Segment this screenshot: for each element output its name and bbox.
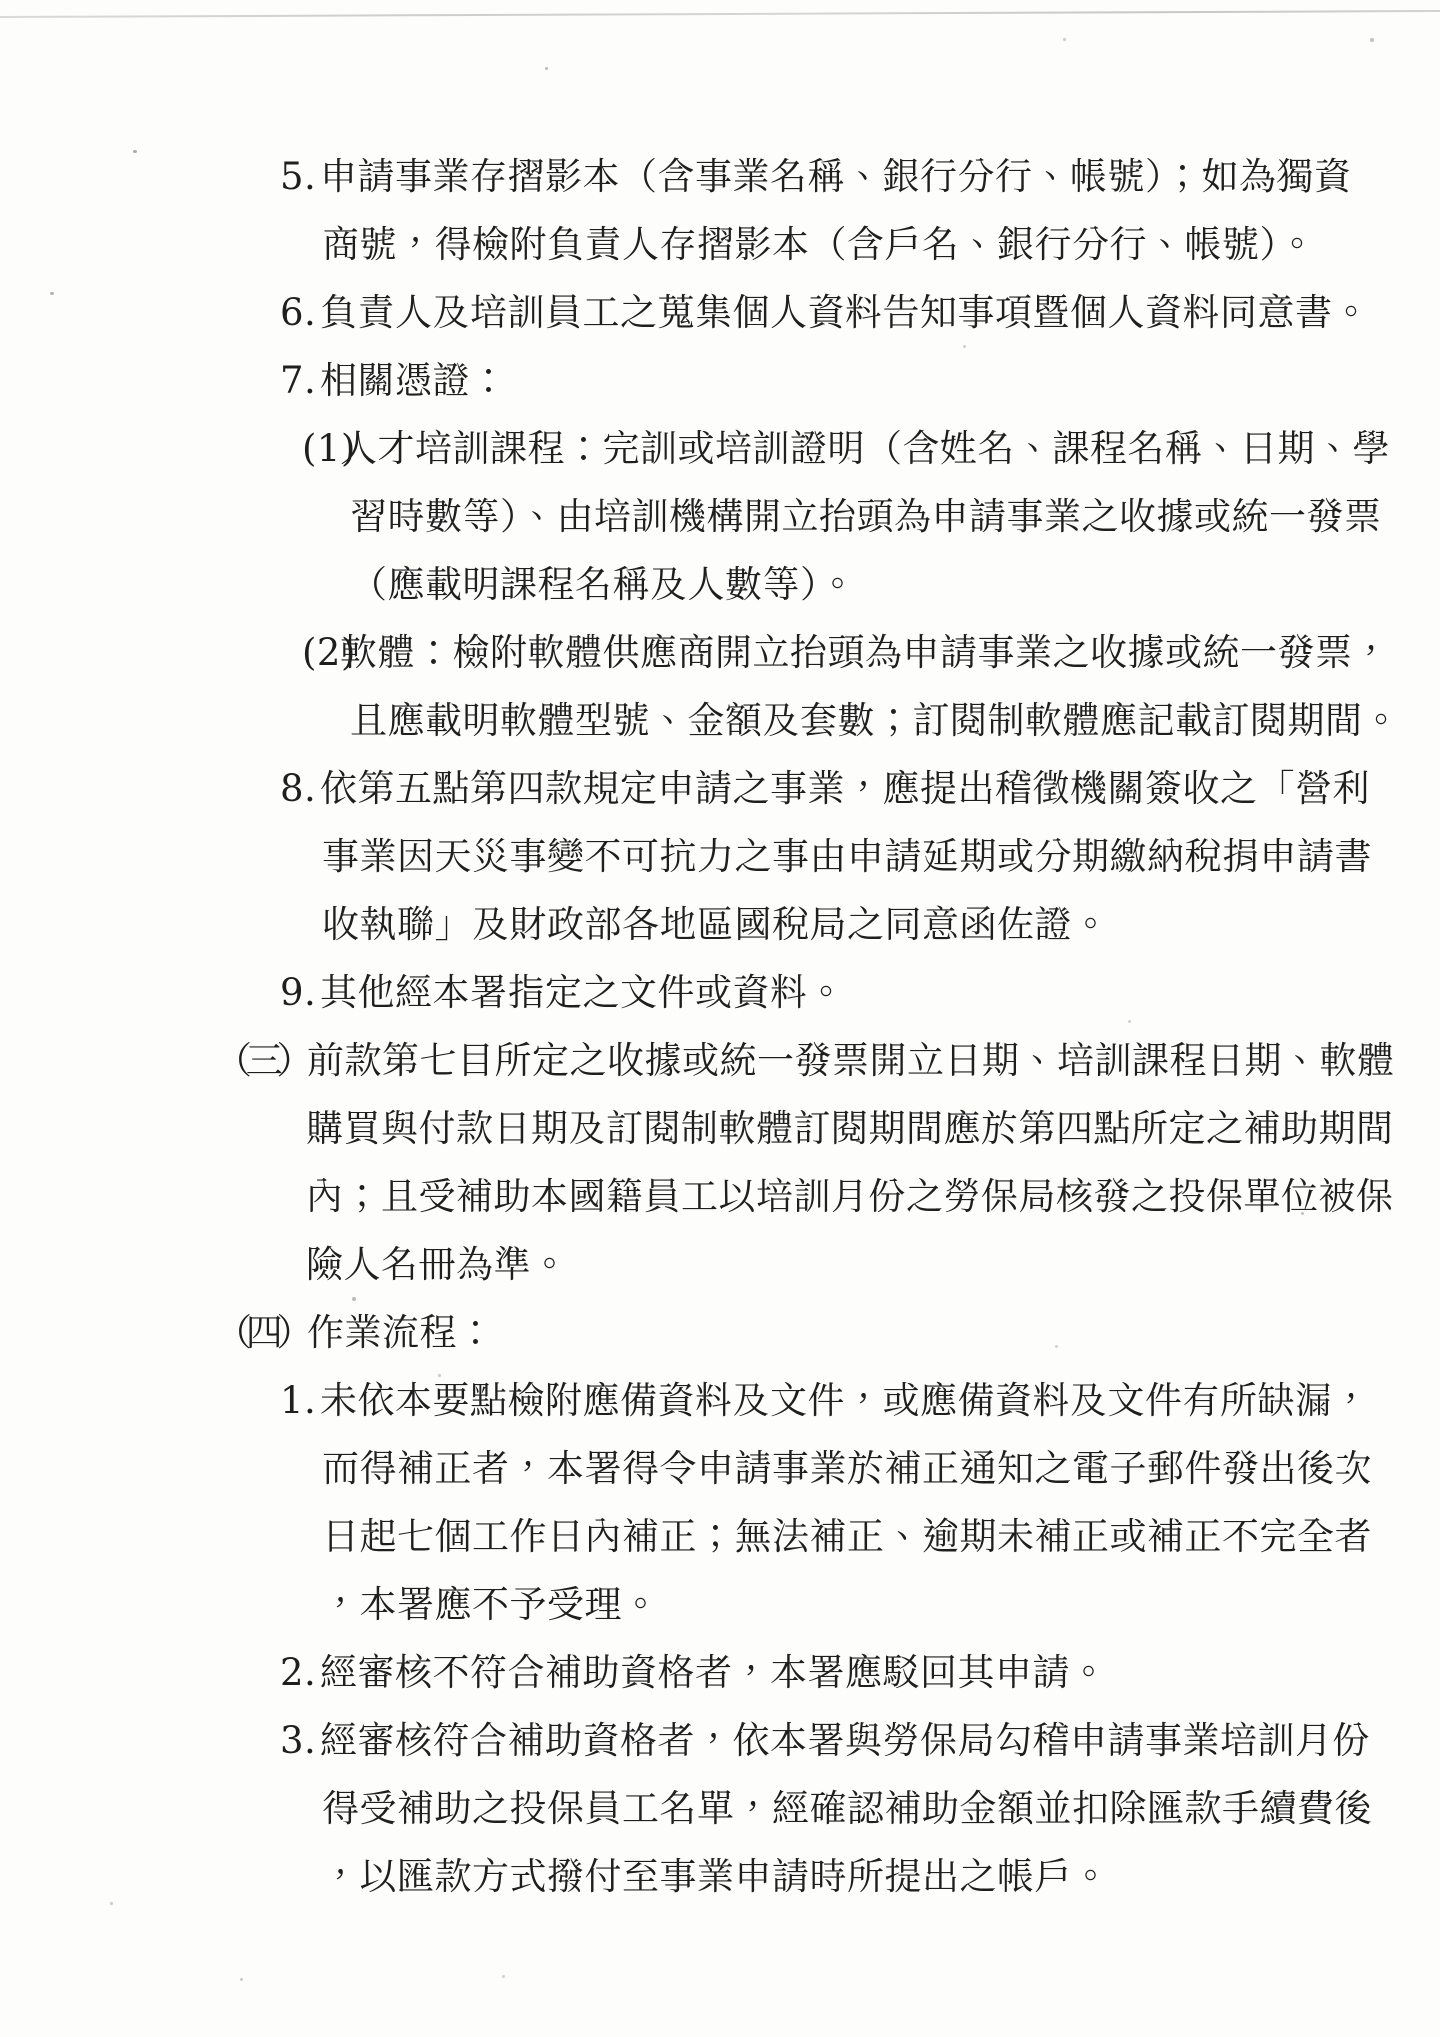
- document-body: 5.申請事業存摺影本（含事業名稱、銀行分行、帳號）；如為獨資 商號，得檢附負責人…: [0, 143, 1440, 1911]
- line-marker: 1.: [280, 1367, 320, 1435]
- doc-line: (2)軟體：檢附軟體供應商開立抬頭為申請事業之收據或統一發票，: [0, 619, 1440, 687]
- doc-line: 7.相關憑證：: [0, 347, 1440, 415]
- scan-speckle: [1370, 38, 1374, 42]
- doc-line: 2.經審核不符合補助資格者，本署應駁回其申請。: [0, 1639, 1440, 1707]
- doc-line: （三）前款第七目所定之收據或統一發票開立日期、培訓課程日期、軟體: [0, 1027, 1440, 1095]
- doc-line: (1)人才培訓課程：完訓或培訓證明（含姓名、課程名稱、日期、學: [0, 415, 1440, 483]
- line-marker: （四）: [215, 1299, 307, 1367]
- doc-line: 而得補正者，本署得令申請事業於補正通知之電子郵件發出後次: [0, 1435, 1440, 1503]
- line-text: 人才培訓課程：完訓或培訓證明（含姓名、課程名稱、日期、學: [340, 427, 1390, 470]
- line-text: （應載明課程名稱及人數等）。: [350, 563, 857, 606]
- doc-line: 購買與付款日期及訂閱制軟體訂閱期間應於第四點所定之補助期間: [0, 1095, 1440, 1163]
- line-text: 購買與付款日期及訂閱制軟體訂閱期間應於第四點所定之補助期間: [306, 1107, 1394, 1150]
- doc-line: 6.負責人及培訓員工之蒐集個人資料告知事項暨個人資料同意書。: [0, 279, 1440, 347]
- scan-artifact-line: [0, 10, 1440, 18]
- doc-line: 得受補助之投保員工名單，經確認補助金額並扣除匯款手續費後: [0, 1775, 1440, 1843]
- doc-line: 1.未依本要點檢附應備資料及文件，或應備資料及文件有所缺漏，: [0, 1367, 1440, 1435]
- scan-speckle: [50, 292, 54, 295]
- line-marker: 2.: [280, 1639, 320, 1707]
- line-marker: 6.: [280, 279, 320, 347]
- doc-line: 險人名冊為準。: [0, 1231, 1440, 1299]
- line-text: 得受補助之投保員工名單，經確認補助金額並扣除匯款手續費後: [322, 1787, 1372, 1830]
- line-text: 且應載明軟體型號、金額及套數；訂閱制軟體應記載訂閱期間。: [350, 699, 1400, 742]
- line-marker: 8.: [280, 755, 320, 823]
- doc-line: ，以匯款方式撥付至事業申請時所提出之帳戶。: [0, 1843, 1440, 1911]
- line-text: 經審核符合補助資格者，依本署與勞保局勾稽申請事業培訓月份: [320, 1719, 1370, 1762]
- line-marker: 3.: [280, 1707, 320, 1775]
- line-text: 收執聯」及財政部各地區國稅局之同意函佐證。: [322, 903, 1110, 946]
- doc-line: 習時數等）、由培訓機構開立抬頭為申請事業之收據或統一發票: [0, 483, 1440, 551]
- scan-speckle: [545, 67, 548, 70]
- doc-line: ，本署應不予受理。: [0, 1571, 1440, 1639]
- doc-line: 8.依第五點第四款規定申請之事業，應提出稽徵機關簽收之「營利: [0, 755, 1440, 823]
- line-text: 依第五點第四款規定申請之事業，應提出稽徵機關簽收之「營利: [320, 767, 1370, 810]
- doc-line: （四）作業流程：: [0, 1299, 1440, 1367]
- line-text: 作業流程：: [307, 1311, 495, 1354]
- line-text: 其他經本署指定之文件或資料。: [320, 971, 845, 1014]
- line-text: ，以匯款方式撥付至事業申請時所提出之帳戶。: [322, 1855, 1110, 1898]
- line-text: 負責人及培訓員工之蒐集個人資料告知事項暨個人資料同意書。: [320, 291, 1370, 334]
- scan-speckle: [133, 150, 137, 153]
- line-marker: (2): [302, 619, 340, 687]
- doc-line: 5.申請事業存摺影本（含事業名稱、銀行分行、帳號）；如為獨資: [0, 143, 1440, 211]
- line-text: 事業因天災事變不可抗力之事由申請延期或分期繳納稅捐申請書: [322, 835, 1372, 878]
- doc-line: 且應載明軟體型號、金額及套數；訂閱制軟體應記載訂閱期間。: [0, 687, 1440, 755]
- scan-speckle: [352, 1297, 356, 1301]
- doc-line: 9.其他經本署指定之文件或資料。: [0, 959, 1440, 1027]
- scan-speckle: [1128, 1020, 1131, 1023]
- scan-speckle: [1055, 1345, 1058, 1348]
- line-text: 前款第七目所定之收據或統一發票開立日期、培訓課程日期、軟體: [307, 1039, 1395, 1082]
- scan-speckle: [847, 457, 850, 460]
- scan-speckle: [438, 1374, 441, 1377]
- line-marker: (1): [302, 415, 340, 483]
- line-marker: 7.: [280, 347, 320, 415]
- line-marker: （三）: [215, 1027, 307, 1095]
- doc-line: 收執聯」及財政部各地區國稅局之同意函佐證。: [0, 891, 1440, 959]
- scanned-document-page: 5.申請事業存摺影本（含事業名稱、銀行分行、帳號）；如為獨資 商號，得檢附負責人…: [0, 0, 1440, 2037]
- line-text: 習時數等）、由培訓機構開立抬頭為申請事業之收據或統一發票: [350, 495, 1382, 538]
- doc-line: 內；且受補助本國籍員工以培訓月份之勞保局核發之投保單位被保: [0, 1163, 1440, 1231]
- line-text: 內；且受補助本國籍員工以培訓月份之勞保局核發之投保單位被保: [306, 1175, 1394, 1218]
- line-text: 日起七個工作日內補正；無法補正、逾期未補正或補正不完全者: [322, 1515, 1372, 1558]
- scan-speckle: [502, 1975, 505, 1978]
- doc-line: （應載明課程名稱及人數等）。: [0, 551, 1440, 619]
- scan-speckle: [240, 1978, 243, 1981]
- doc-line: 商號，得檢附負責人存摺影本（含戶名、銀行分行、帳號）。: [0, 211, 1440, 279]
- line-text: 相關憑證：: [320, 359, 508, 402]
- doc-line: 事業因天災事變不可抗力之事由申請延期或分期繳納稅捐申請書: [0, 823, 1440, 891]
- scan-speckle: [110, 1902, 113, 1905]
- line-text: 經審核不符合補助資格者，本署應駁回其申請。: [320, 1651, 1108, 1694]
- line-text: 軟體：檢附軟體供應商開立抬頭為申請事業之收據或統一發票，: [340, 631, 1390, 674]
- scan-speckle: [1063, 38, 1066, 41]
- line-text: 商號，得檢附負責人存摺影本（含戶名、銀行分行、帳號）。: [322, 223, 1316, 266]
- line-marker: 5.: [280, 143, 320, 211]
- line-marker: 9.: [280, 959, 320, 1027]
- line-text: 而得補正者，本署得令申請事業於補正通知之電子郵件發出後次: [322, 1447, 1372, 1490]
- doc-line: 日起七個工作日內補正；無法補正、逾期未補正或補正不完全者: [0, 1503, 1440, 1571]
- scan-speckle: [1190, 447, 1193, 450]
- line-text: 險人名冊為準。: [306, 1243, 569, 1286]
- line-text: ，本署應不予受理。: [322, 1583, 660, 1626]
- doc-line: 3.經審核符合補助資格者，依本署與勞保局勾稽申請事業培訓月份: [0, 1707, 1440, 1775]
- line-text: 申請事業存摺影本（含事業名稱、銀行分行、帳號）；如為獨資: [320, 155, 1352, 198]
- scan-speckle: [963, 345, 966, 348]
- line-text: 未依本要點檢附應備資料及文件，或應備資料及文件有所缺漏，: [320, 1379, 1370, 1422]
- scan-speckle: [1301, 1212, 1304, 1215]
